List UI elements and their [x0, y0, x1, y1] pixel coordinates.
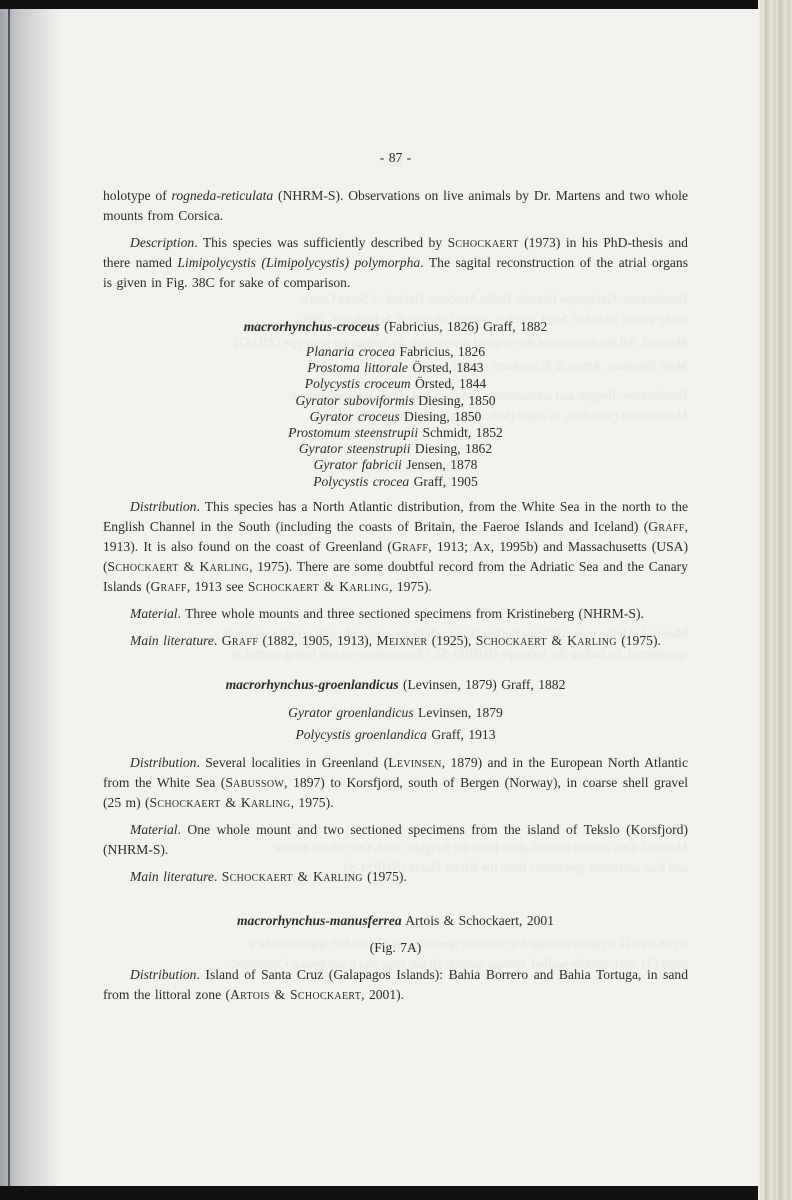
paragraph-holotype-continuation: holotype of rogneda-reticulata (NHRM-S).…	[103, 186, 688, 226]
text-segment: Schockaert & Karling	[150, 795, 291, 810]
text-segment: Graff	[150, 579, 186, 594]
paragraph-description: Description. This species was sufficient…	[103, 233, 688, 293]
text-segment: (1925),	[427, 633, 475, 648]
text-segment: Sabussow	[225, 775, 284, 790]
text-segment: Schockaert & Karling	[476, 633, 617, 648]
text-segment: Material	[130, 822, 178, 837]
paragraph-distribution-croceus: Distribution. This species has a North A…	[103, 497, 688, 597]
paragraph-material-croceus: Material. Three whole mounts and three s…	[103, 604, 688, 624]
page-edges-fade	[758, 0, 764, 1200]
text-segment: (1975).	[363, 869, 407, 884]
text-segment: Main literature	[130, 633, 214, 648]
text-segment: Gyrator steenstrupii	[299, 441, 411, 456]
text-segment: Limipolycystis (Limipolycystis) polymorp…	[177, 255, 420, 270]
text-segment: .	[214, 869, 222, 884]
synonym-line: Gyrator groenlandicus Levinsen, 1879	[103, 702, 688, 724]
text-segment: Polycystis groenlandica	[295, 727, 427, 742]
text-segment: rogneda-reticulata	[172, 188, 274, 203]
text-segment: Graff, 1905	[409, 474, 478, 489]
paragraph-main-literature-croceus: Main literature. Graff (1882, 1905, 1913…	[103, 631, 688, 651]
text-segment: Gyrator groenlandicus	[288, 705, 413, 720]
gutter-line	[8, 0, 10, 1200]
text-segment: .	[214, 633, 222, 648]
text-segment: Distribution	[130, 499, 196, 514]
text-segment: Polycystis croceum	[305, 376, 411, 391]
text-segment: Schockaert & Karling	[248, 579, 389, 594]
text-segment: (Fig. 7A)	[370, 940, 422, 955]
text-segment: (1975).	[617, 633, 661, 648]
text-segment: , 2001).	[361, 987, 404, 1002]
text-segment: Graff	[648, 519, 684, 534]
text-segment: (1882, 1905, 1913),	[258, 633, 376, 648]
text-segment: . Several localities in Greenland (	[196, 755, 388, 770]
text-segment: . Three whole mounts and three sectioned…	[178, 606, 644, 621]
text-segment: macrorhynchus-manusferrea	[237, 913, 402, 928]
text-segment: Material	[130, 606, 178, 621]
synonym-line: Polycystis crocea Graff, 1905	[103, 474, 688, 490]
text-segment: Polycystis crocea	[313, 474, 409, 489]
paragraph-material-groenlandicus: Material. One whole mount and two sectio…	[103, 820, 688, 860]
synonym-line: Prostomum steenstrupii Schmidt, 1852	[103, 425, 688, 441]
text-segment: Diesing, 1862	[410, 441, 492, 456]
text-segment: Artois & Schockaert	[230, 987, 361, 1002]
page-edges-band	[758, 0, 792, 1200]
synonym-line: Planaria crocea Fabricius, 1826	[103, 344, 688, 360]
text-segment: , 1975).	[389, 579, 432, 594]
text-segment: Gyrator fabricii	[314, 457, 402, 472]
text-segment: Artois & Schockaert, 2001	[402, 913, 554, 928]
text-segment: Graff	[222, 633, 258, 648]
synonym-line: Prostoma littorale Örsted, 1843	[103, 360, 688, 376]
paragraph-distribution-groenlandicus: Distribution. Several localities in Gree…	[103, 753, 688, 813]
synonym-line: Gyrator steenstrupii Diesing, 1862	[103, 441, 688, 457]
paragraph-distribution-manusferrea: Distribution. Island of Santa Cruz (Gala…	[103, 965, 688, 1005]
text-segment: - 87 -	[380, 150, 411, 165]
text-segment: Levinsen, 1879	[414, 705, 503, 720]
text-segment: Main literature	[130, 869, 214, 884]
text-segment: (Levinsen, 1879) Graff, 1882	[399, 677, 566, 692]
text-segment: Levinsen	[388, 755, 441, 770]
text-segment: Schockaert	[448, 235, 519, 250]
text-segment: macrorhynchus-croceus	[244, 319, 380, 334]
paragraph-main-literature-groenlandicus: Main literature. Schockaert & Karling (1…	[103, 867, 688, 887]
text-segment: , 1913 see	[187, 579, 248, 594]
text-segment: Ax	[473, 539, 491, 554]
text-segment: Diesing, 1850	[400, 409, 482, 424]
text-segment: Graff, 1913	[427, 727, 496, 742]
text-segment: . This species was sufficiently describe…	[194, 235, 447, 250]
text-segment: Meixner	[376, 633, 427, 648]
text-segment: Diesing, 1850	[414, 393, 496, 408]
text-segment: holotype of	[103, 188, 172, 203]
text-segment: Description	[130, 235, 194, 250]
page-text-column: - 87 -holotype of rogneda-reticulata (NH…	[103, 148, 688, 1012]
text-segment: Gyrator suboviformis	[295, 393, 413, 408]
scan-border-top	[0, 0, 792, 9]
synonym-line: Polycystis croceum Örsted, 1844	[103, 376, 688, 392]
text-segment: Schmidt, 1852	[418, 425, 503, 440]
text-segment: Distribution	[130, 967, 196, 982]
text-segment: Prostoma littorale	[307, 360, 408, 375]
text-segment: Prostomum steenstrupii	[288, 425, 418, 440]
text-segment: macrorhynchus-groenlandicus	[226, 677, 399, 692]
text-segment: . One whole mount and two sectioned spec…	[103, 822, 688, 857]
species-heading-groenlandicus: macrorhynchus-groenlandicus (Levinsen, 1…	[103, 675, 688, 695]
text-segment: Distribution	[130, 755, 196, 770]
text-segment: Gyrator croceus	[310, 409, 400, 424]
text-segment: , 1975).	[291, 795, 334, 810]
text-segment: Schockaert & Karling	[108, 559, 250, 574]
synonym-line: Gyrator suboviformis Diesing, 1850	[103, 393, 688, 409]
synonym-line: Polycystis groenlandica Graff, 1913	[103, 724, 688, 746]
figure-reference: (Fig. 7A)	[103, 938, 688, 958]
text-segment: , 1913;	[428, 539, 473, 554]
scan-border-bottom	[0, 1186, 792, 1200]
synonym-line: Gyrator fabricii Jensen, 1878	[103, 457, 688, 473]
synonym-line: Gyrator croceus Diesing, 1850	[103, 409, 688, 425]
species-heading-croceus: macrorhynchus-croceus (Fabricius, 1826) …	[103, 317, 688, 337]
species-heading-manusferrea: macrorhynchus-manusferrea Artois & Schoc…	[103, 911, 688, 931]
text-segment: (Fabricius, 1826) Graff, 1882	[380, 319, 548, 334]
text-segment: Schockaert & Karling	[222, 869, 363, 884]
text-segment: Örsted, 1844	[411, 376, 487, 391]
text-segment: Planaria crocea	[306, 344, 395, 359]
page-number: - 87 -	[103, 148, 688, 168]
text-segment: Örsted, 1843	[408, 360, 484, 375]
text-segment: Fabricius, 1826	[395, 344, 485, 359]
text-segment: Graff	[392, 539, 428, 554]
text-segment: Jensen, 1878	[402, 457, 478, 472]
scanned-page: { "page_number": "- 87 -", "content": [ …	[0, 0, 792, 1200]
